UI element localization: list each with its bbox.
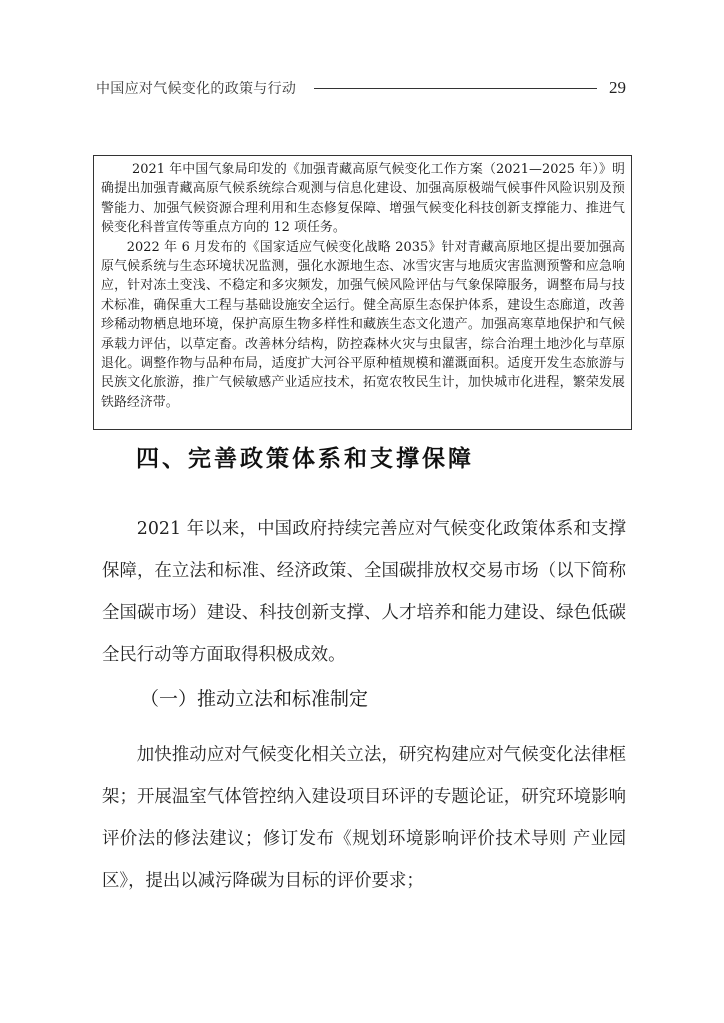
subsection-title: （一）推动立法和标准制定 (140, 684, 368, 711)
info-box: 2021 年中国气象局印发的《加强青藏高原气候变化工作方案（2021—2025 … (93, 155, 632, 430)
running-header: 中国应对气候变化的政策与行动 29 (96, 76, 626, 100)
box-paragraph: 2021 年中国气象局印发的《加强青藏高原气候变化工作方案（2021—2025 … (101, 160, 625, 238)
body-paragraph: 2021 年以来，中国政府持续完善应对气候变化政策体系和支撑保障，在立法和标准、… (102, 508, 626, 676)
box-paragraph: 2022 年 6 月发布的《国家适应气候变化战略 2035》针对青藏高原地区提出… (101, 238, 625, 413)
header-rule (314, 88, 597, 89)
page-number: 29 (609, 78, 626, 98)
header-title: 中国应对气候变化的政策与行动 (96, 78, 296, 98)
body-paragraph: 加快推动应对气候变化相关立法，研究构建应对气候变化法律框架；开展温室气体管控纳入… (102, 734, 626, 902)
section-title: 四、完善政策体系和支撑保障 (136, 440, 474, 473)
